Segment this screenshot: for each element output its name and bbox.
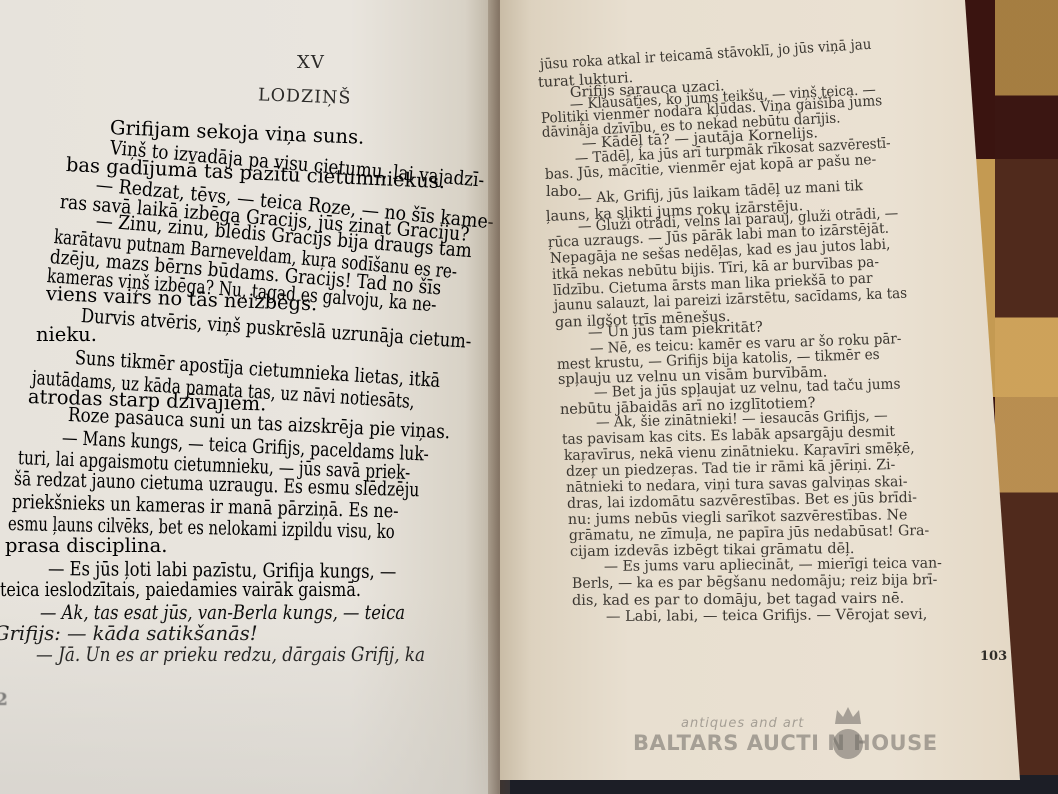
text-line: nieku. bbox=[36, 325, 97, 345]
watermark-subtitle: antiques and art bbox=[681, 716, 804, 731]
text-line: labo. bbox=[546, 185, 582, 200]
text-line: Grifijs: — kāda satikšanās! bbox=[0, 624, 258, 644]
text-line: teica ieslodzītais, paiedamies vairāk ga… bbox=[0, 580, 361, 600]
text-line: prasa disciplina. bbox=[5, 536, 167, 556]
page-number-left: 2 bbox=[0, 690, 8, 710]
text-line: Berls, — ka es par bēgšanu nedomāju; rei… bbox=[572, 573, 938, 591]
left-page: XV LODZIŅŠ Grifijam sekoja viņa suns. Vi… bbox=[0, 0, 500, 794]
text-line: jūsu roka atkal ir teicamā stāvoklī, jo … bbox=[540, 38, 872, 73]
chapter-title: LODZIŅŠ bbox=[258, 85, 352, 108]
text-line: dis, kad es par to domāju, bet tagad vai… bbox=[572, 592, 904, 609]
right-page: jūsu roka atkal ir teicamā stāvoklī, jo … bbox=[500, 0, 1020, 780]
page-number-right: 103 bbox=[980, 649, 1007, 664]
text-line: — Ak, tas esat jūs, van-Berla kungs, — t… bbox=[40, 603, 405, 623]
watermark-title: BALTARS AUCTI N HOUSE bbox=[633, 731, 938, 755]
chapter-number: XV bbox=[297, 52, 325, 73]
watermark-globe-icon bbox=[833, 729, 863, 759]
text-line: grāmatu, ne zīmuļa, ne papīra jūs nedabū… bbox=[569, 524, 929, 544]
text-line: — Jā. Un es ar prieku redzu, dārgais Gri… bbox=[36, 645, 425, 665]
crown-icon bbox=[833, 706, 863, 726]
text-line: — Labi, labi, — teica Grifijs. — Vērojat… bbox=[606, 608, 927, 625]
